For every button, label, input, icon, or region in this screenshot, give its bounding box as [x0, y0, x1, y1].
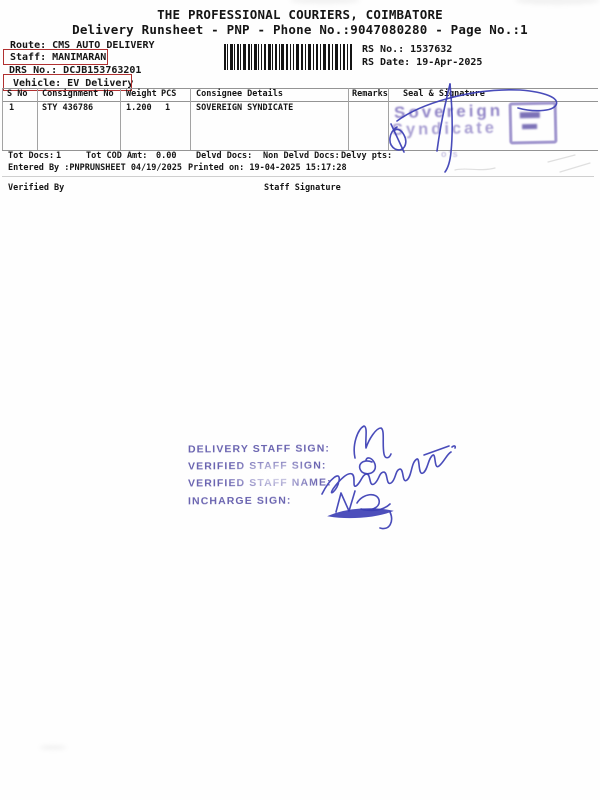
col-header-consignment: Consignment No [42, 90, 114, 100]
cell-consignee: SOVEREIGN SYNDICATE [196, 104, 293, 114]
delvy-pts-label: Delvy pts: [341, 152, 392, 162]
scan-smudge [290, 0, 360, 4]
verified-by-label: Verified By [8, 184, 64, 194]
table-header-border [2, 101, 598, 102]
delvd-docs-label: Delvd Docs: [196, 152, 252, 162]
entered-by-line: Entered By :PNPRUNSHEET 04/19/2025 [8, 164, 182, 174]
tot-docs-label: Tot Docs: [8, 152, 54, 162]
tot-docs-value: 1 [56, 152, 61, 162]
table-column-divider [37, 88, 38, 150]
staff-signature-label: Staff Signature [264, 184, 341, 194]
seal-stamp-remnant: o's [441, 149, 460, 159]
rs-no-line: RS No.: 1537632 [362, 44, 452, 56]
signature-incharge [329, 509, 392, 518]
signature-delivery-staff [354, 426, 391, 458]
rs-date-line: RS Date: 19-Apr-2025 [362, 57, 482, 69]
stamp-fade-patch [222, 455, 322, 497]
col-header-pcs: PCS [161, 90, 176, 100]
col-header-remarks: Remarks [352, 90, 388, 100]
table-footer-border [2, 176, 594, 177]
col-header-sno: S No [7, 90, 27, 100]
signature-incharge [336, 491, 355, 512]
sign-stamp-line-delivery: DELIVERY STAFF SIGN: [188, 443, 330, 456]
signature-verified-name [424, 446, 449, 455]
staff-highlight-box [3, 49, 108, 65]
tot-cod-label: Tot COD Amt: [86, 152, 147, 162]
printed-on-line: Printed on: 19-04-2025 15:17:28 [188, 164, 347, 174]
table-column-divider [190, 88, 191, 150]
table-left-border [2, 88, 3, 150]
table-column-divider [120, 88, 121, 150]
runsheet-page: THE PROFESSIONAL COURIERS, COIMBATORE De… [0, 0, 600, 800]
col-header-consignee: Consignee Details [196, 90, 283, 100]
table-column-divider [348, 88, 349, 150]
cell-weight: 1.200 [126, 104, 152, 114]
table-row: 1 [9, 104, 14, 114]
tot-cod-value: 0.00 [156, 152, 176, 162]
scan-pencil-mark [560, 163, 590, 172]
doc-title: THE PROFESSIONAL COURIERS, COIMBATORE [0, 8, 600, 22]
scan-smudge [515, 0, 600, 5]
signature-incharge [380, 512, 392, 529]
col-header-weight: Weight [126, 90, 157, 100]
signature-verified-name [452, 446, 455, 448]
scan-smudge [40, 745, 66, 750]
cell-consignment-no: STY 436786 [42, 104, 93, 114]
barcode [224, 44, 354, 71]
col-header-seal: Seal & Signature [403, 90, 485, 100]
scan-pencil-mark [548, 155, 575, 162]
scan-pencil-mark [455, 168, 495, 170]
doc-subtitle: Delivery Runsheet - PNP - Phone No.:9047… [0, 23, 600, 37]
seal-stamp-logo-box [509, 102, 558, 145]
table-column-divider [388, 88, 389, 150]
signature-verified-name [322, 452, 451, 494]
cell-pcs: 1 [165, 104, 170, 114]
signature-delivery-staff [360, 458, 376, 474]
signature-incharge [357, 495, 390, 511]
non-delvd-docs-label: Non Delvd Docs: [263, 152, 340, 162]
seal-stamp-line2: Syndicate [392, 119, 497, 140]
